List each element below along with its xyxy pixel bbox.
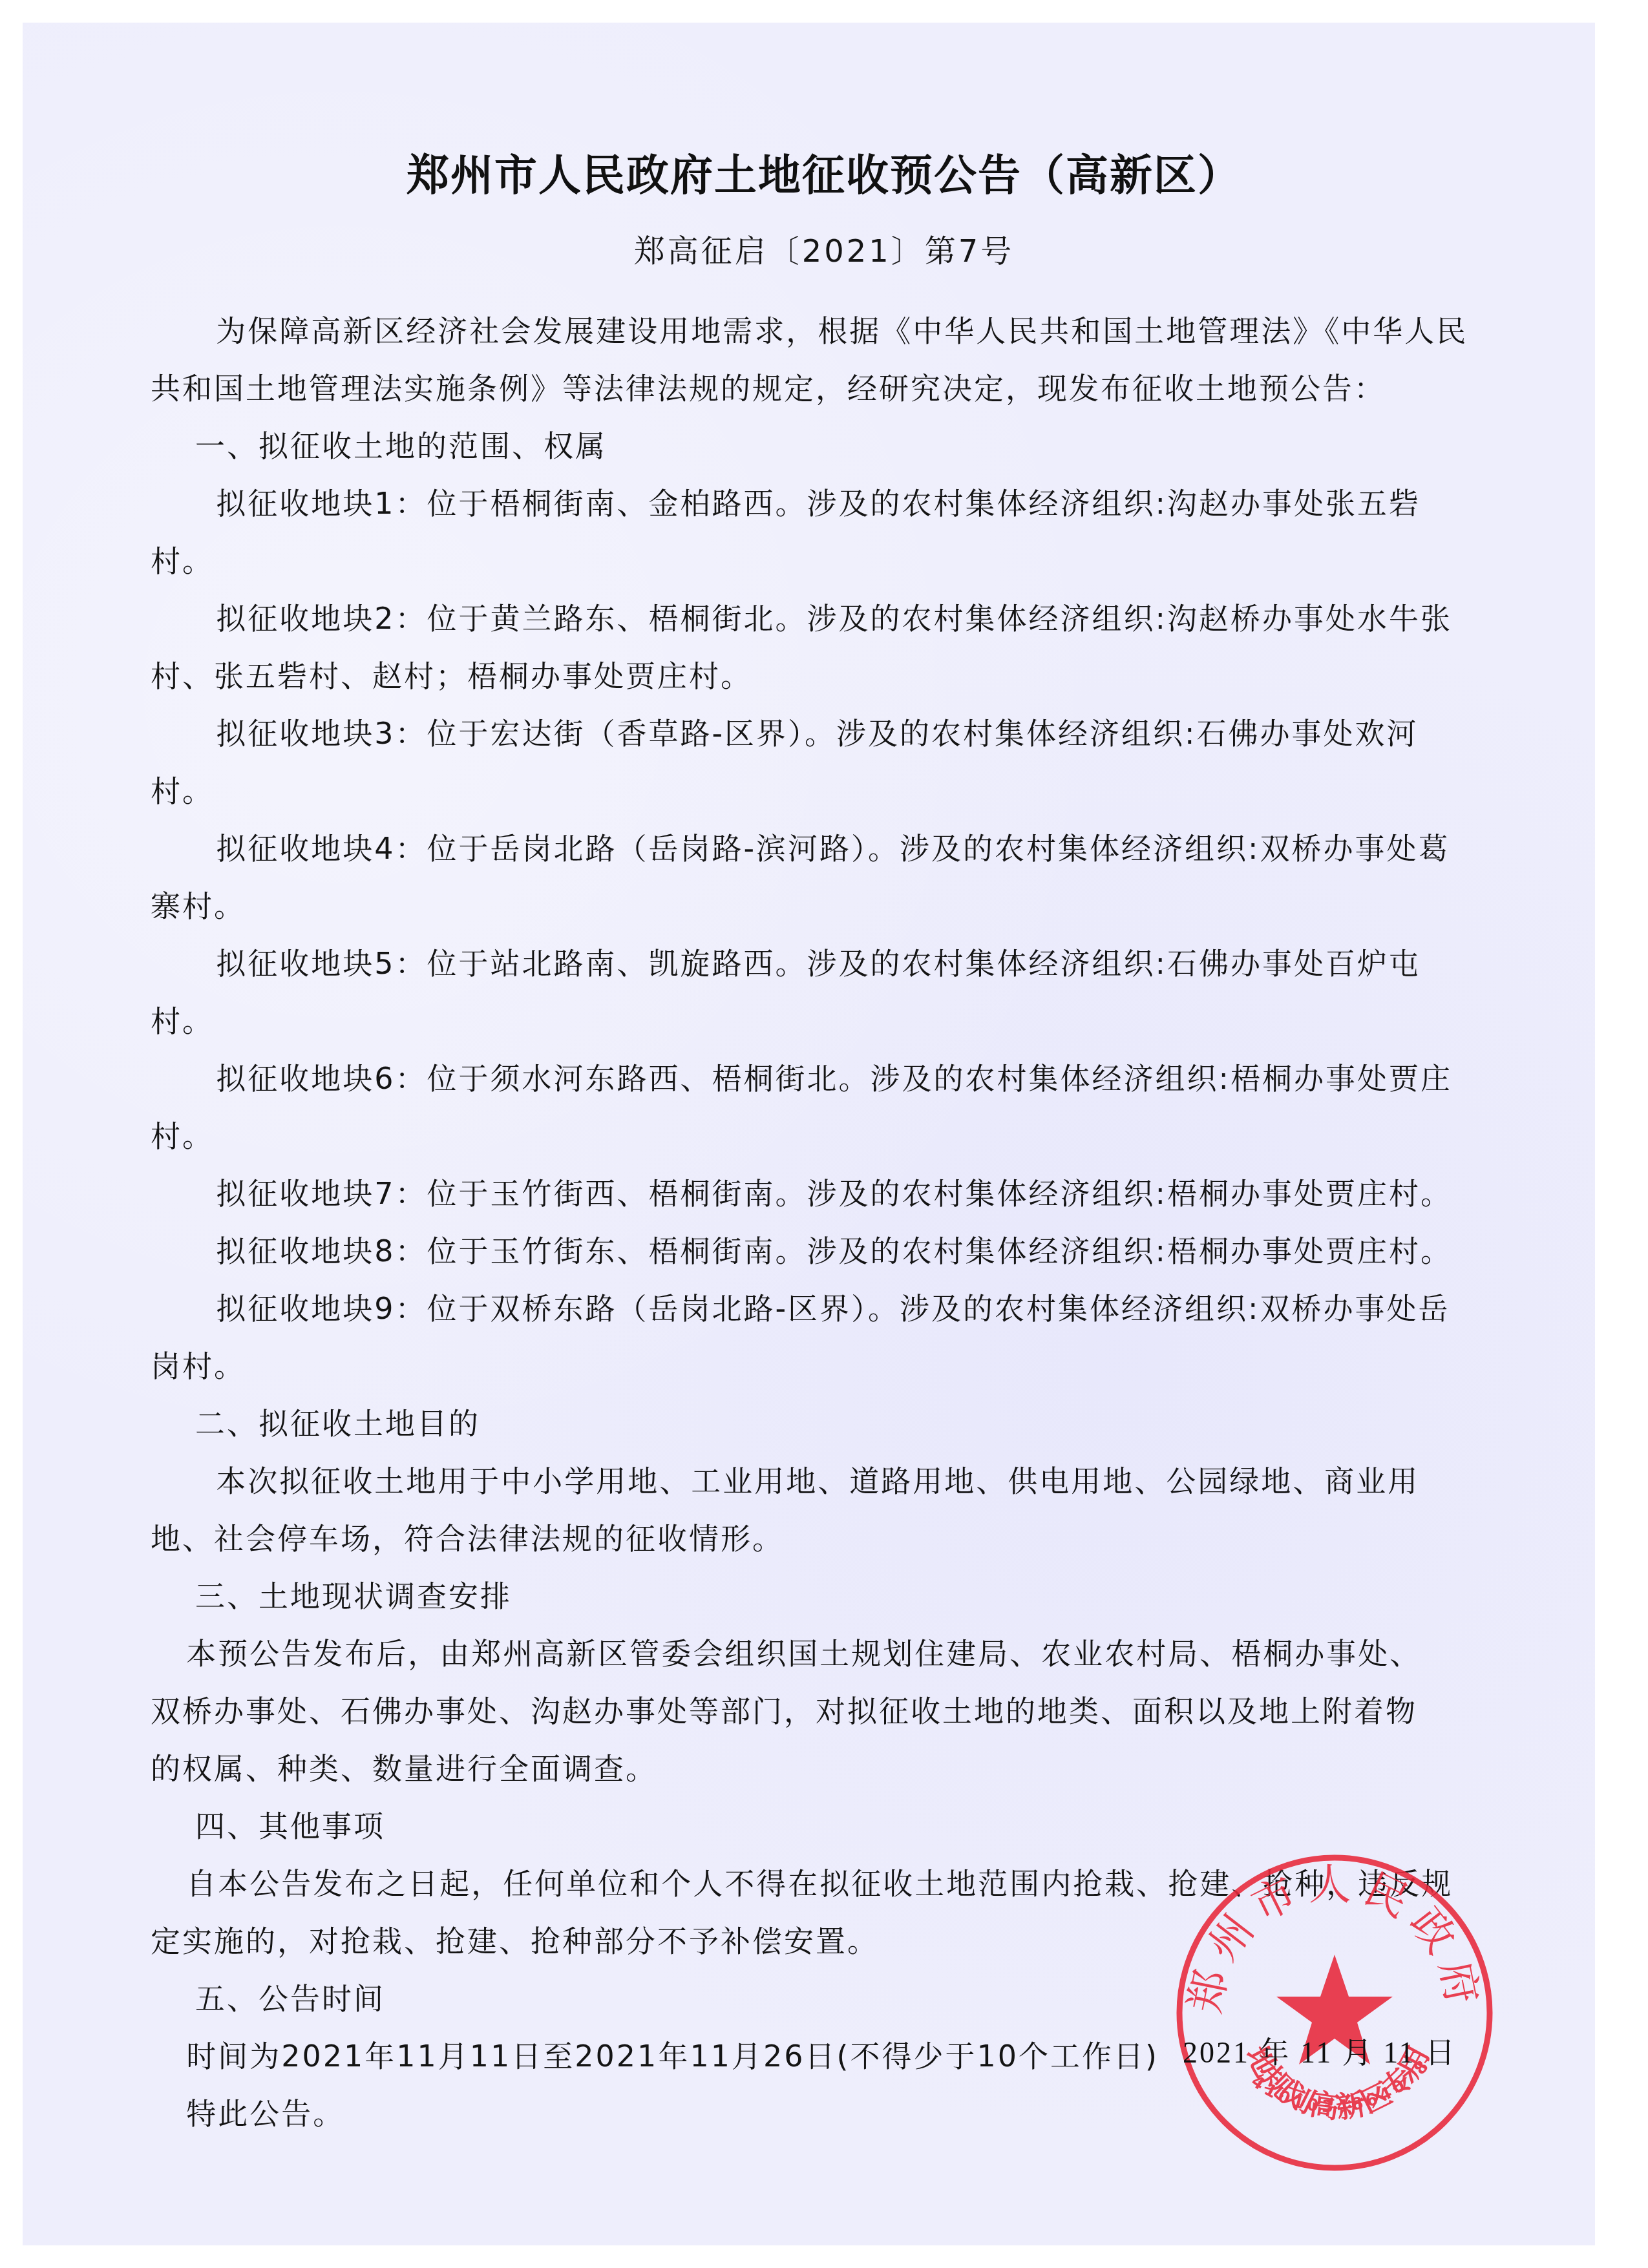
signature-date: 2021 年 11 月 11 日 — [1183, 2029, 1457, 2072]
parcel-1: 拟征收地块1：位于梧桐街南、金柏路西。涉及的农村集体经济组织:沟赵办事处张五砦村… — [151, 475, 1469, 590]
survey-line-3: 的权属、种类、数量进行全面调查。 — [151, 1740, 1469, 1798]
section-heading-3: 三、土地现状调查安排 — [151, 1568, 1469, 1625]
parcel-6: 拟征收地块6：位于须水河东路西、梧桐街北。涉及的农村集体经济组织:梧桐办事处贾庄… — [151, 1050, 1469, 1165]
intro-paragraph: 为保障高新区经济社会发展建设用地需求，根据《中华人民共和国土地管理法》《中华人民… — [151, 302, 1469, 417]
parcel-7: 拟征收地块7：位于玉竹街西、梧桐街南。涉及的农村集体经济组织:梧桐办事处贾庄村。 — [151, 1165, 1469, 1223]
parcel-4: 拟征收地块4：位于岳岗北路（岳岗路-滨河路）。涉及的农村集体经济组织:双桥办事处… — [151, 820, 1469, 935]
purpose-paragraph: 本次拟征收土地用于中小学用地、工业用地、道路用地、供电用地、公园绿地、商业用地、… — [151, 1453, 1469, 1568]
parcel-9: 拟征收地块9：位于双桥东路（岳岗北路-区界）。涉及的农村集体经济组织:双桥办事处… — [151, 1280, 1469, 1395]
document-number: 郑高征启〔2021〕第7号 — [0, 226, 1648, 271]
survey-line-2: 双桥办事处、石佛办事处、沟赵办事处等部门，对拟征收土地的地类、面积以及地上附着物 — [151, 1683, 1469, 1740]
survey-line-1: 本预公告发布后，由郑州高新区管委会组织国土规划住建局、农业农村局、梧桐办事处、 — [151, 1625, 1469, 1683]
document-title: 郑州市人民政府土地征收预公告（高新区） — [0, 141, 1648, 202]
parcel-8: 拟征收地块8：位于玉竹街东、梧桐街南。涉及的农村集体经济组织:梧桐办事处贾庄村。 — [151, 1223, 1469, 1280]
section-heading-2: 二、拟征收土地目的 — [151, 1395, 1469, 1453]
parcel-2: 拟征收地块2：位于黄兰路东、梧桐街北。涉及的农村集体经济组织:沟赵桥办事处水牛张… — [151, 590, 1469, 705]
section-heading-1: 一、拟征收土地的范围、权属 — [151, 417, 1469, 475]
section-heading-4: 四、其他事项 — [151, 1798, 1469, 1855]
official-seal-stamp: 郑州市人民政府 土地规划高新区专用章 4101034864078 — [1173, 1851, 1496, 2174]
parcel-3: 拟征收地块3：位于宏达街（香草路-区界）。涉及的农村集体经济组织:石佛办事处欢河… — [151, 705, 1469, 820]
parcel-5: 拟征收地块5：位于站北路南、凯旋路西。涉及的农村集体经济组织:石佛办事处百炉屯村… — [151, 935, 1469, 1050]
